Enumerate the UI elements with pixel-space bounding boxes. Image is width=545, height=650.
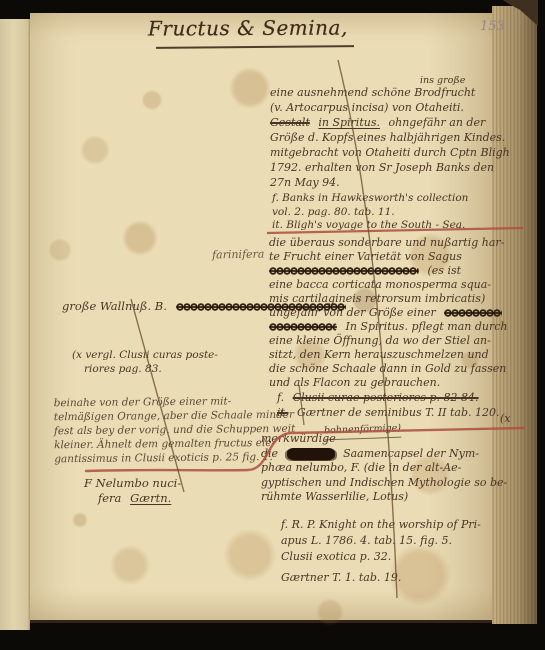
text-line: und als Flacon zu gebrauchen. xyxy=(269,376,508,390)
paragraph-nelumbo: merkwürdige bohnenförmige) die Saamencap… xyxy=(261,432,507,505)
text-line: phæa nelumbo, F. (die in der alt-Ae- xyxy=(261,461,507,476)
reference-line: f. Banks in Hawkesworth's collection xyxy=(272,192,468,206)
paragraph-breadfruit: ins große eine ausnehmend schöne Brodfru… xyxy=(270,85,510,190)
struck-word: Gestalt xyxy=(270,116,310,129)
text-segment: ohngefähr an der xyxy=(388,116,485,129)
facing-page-edge xyxy=(0,19,30,630)
text-line: (x vergl. Clusii curas poste- xyxy=(72,348,218,362)
margin-note-vergl-clusius: (x vergl. Clusii curas poste- riores pag… xyxy=(72,348,218,376)
underlined-word: Gærtn. xyxy=(130,491,171,505)
reference-line: Clusii exotica p. 32. xyxy=(281,549,481,565)
text-segment: fera xyxy=(98,491,121,505)
text-line: die Saamencapsel der Nym- xyxy=(261,447,507,462)
references-sagus: f. Clusii curae posteriores p. 82 84. it… xyxy=(277,390,500,420)
reference-line: it. Bligh's voyage to the South - Sea. xyxy=(272,219,468,233)
interlinear-insertion: bohnenförmige) xyxy=(324,422,402,440)
text-segment: In Spiritus. pflegt man durch xyxy=(346,320,508,333)
reference-line: apus L. 1786. 4. tab. 15. fig. 5. xyxy=(281,533,481,549)
text-line: In Spiritus. pflegt man durch xyxy=(269,320,508,334)
ink-scribble xyxy=(269,322,337,332)
text-line: eine ausnehmend schöne Brodfrucht xyxy=(270,85,510,100)
references-nelumbo: f. R. P. Knight on the worship of Pri- a… xyxy=(281,517,481,586)
text-line: rühmte Wasserlilie, Lotus) xyxy=(261,490,507,505)
references-breadfruit: f. Banks in Hawkesworth's collection vol… xyxy=(272,192,468,233)
text-segment: Gærtner de seminibus T. II tab. 120. xyxy=(297,406,500,419)
margin-note-farinifera: farinifera xyxy=(212,248,265,262)
text-line: eine bacca corticata monosperma squa- xyxy=(269,278,508,292)
text-line: gantissimus in Clusii exoticis p. 25 fig… xyxy=(54,450,295,467)
text-line: gyptischen und Indischen Mythologie so b… xyxy=(261,476,507,491)
reference-line: f. Clusii curae posteriores p. 82 84. xyxy=(277,390,500,405)
reference-line: f. R. P. Knight on the worship of Pri- xyxy=(281,517,481,533)
page-title: Fructus & Semina, xyxy=(148,15,348,40)
text-line: (v. Artocarpus incisa) von Otaheiti. xyxy=(270,100,510,115)
text-segment: (es ist xyxy=(428,264,462,277)
reference-line: it. Gærtner de seminibus T. II tab. 120. xyxy=(277,405,500,420)
text-line: große Wallnuß. B. xyxy=(62,299,346,313)
text-segment: Saamencapsel der Nym- xyxy=(343,447,479,460)
text-line: Gestalt in Spiritus. ohngefähr an der xyxy=(270,115,510,130)
text-line: te Frucht einer Varietät von Sagus xyxy=(269,250,508,264)
ink-scribble xyxy=(444,308,502,318)
text-line: 27n May 94. xyxy=(270,175,510,190)
text-segment: große Wallnuß. B. xyxy=(62,299,167,313)
underlined-phrase: in Spiritus. xyxy=(318,116,380,129)
text-line: sitzt, den Kern herauszuschmelzen und xyxy=(269,348,508,362)
interlinear-insertion: ins große xyxy=(420,73,465,88)
text-line: F Nelumbo nuci- xyxy=(84,476,181,491)
margin-note-nelumbo-label: F Nelumbo nuci- fera Gærtn. xyxy=(84,476,181,506)
text-line: riores pag. 83. xyxy=(84,362,218,376)
text-line: eine kleine Öffnung, da wo der Stiel an- xyxy=(269,334,508,348)
text-line: (es ist xyxy=(269,264,508,278)
folio-number: 153 xyxy=(480,19,505,34)
struck-reference: Clusii curae posteriores p. 82 84. xyxy=(293,391,479,404)
reference-line: Gærtner T. 1. tab. 19. xyxy=(281,570,481,586)
manuscript-scan: 153 Fructus & Semina, ins große eine aus… xyxy=(0,0,545,650)
text-line: mitgebracht von Otaheiti durch Cptn Blig… xyxy=(270,145,510,160)
text-line: 1792. erhalten von Sr Joseph Banks den xyxy=(270,160,510,175)
reference-line: vol. 2. pag. 80. tab. 11. xyxy=(272,206,468,220)
text-line: merkwürdige bohnenförmige) xyxy=(261,432,507,447)
margin-mark: (x xyxy=(500,412,511,425)
paragraph-sagus: die überaus sonderbare und nußartig har-… xyxy=(269,236,508,390)
text-line: die schöne Schaale dann in Gold zu fasse… xyxy=(269,362,508,376)
margin-note-wallnuss: große Wallnuß. B. xyxy=(62,299,346,313)
ink-scribble xyxy=(176,302,346,312)
ink-scribble xyxy=(269,266,419,276)
text-line: Größe d. Kopfs eines halbjährigen Kindes… xyxy=(270,130,510,145)
paragraph-orange-comparison: beinahe von der Größe einer mit- telmäßi… xyxy=(54,394,296,467)
text-line: fera Gærtn. xyxy=(98,491,181,506)
text-line: die überaus sonderbare und nußartig har- xyxy=(269,236,508,250)
